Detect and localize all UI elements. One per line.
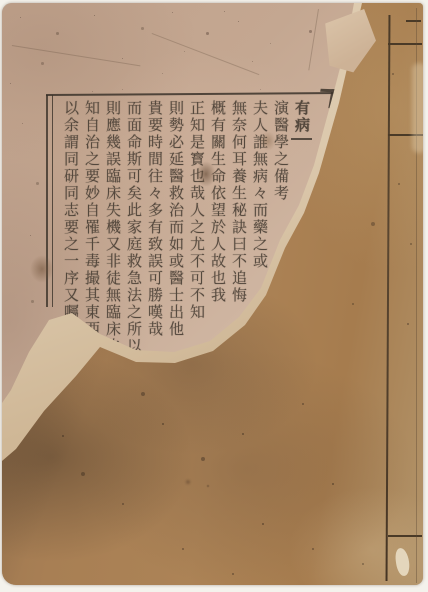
binding-stitch — [406, 20, 421, 22]
text-block-top-border — [46, 92, 340, 96]
text-column: 而面命斯可矣此家庭救急法之所以 — [123, 98, 144, 366]
ink-stain — [260, 131, 276, 151]
text-column: 則勢必延醫救治而如或醫士出他 — [165, 98, 186, 366]
text-column: 正知是寳也哉人之尤不可不知 — [186, 98, 207, 366]
paper-speckles — [2, 3, 3, 4]
text-column: 貴要時間往々多有致誤可勝嘆哉 — [144, 98, 165, 366]
paper-crease — [308, 9, 319, 70]
title-underline — [291, 138, 312, 140]
ink-stain — [30, 255, 54, 283]
text-column: 則應幾誤臨床失機又非徒無臨床失 — [102, 98, 123, 366]
scan-background: 有病演醫學之備考夫人誰無病々而藥之或無奈何耳養生秘訣曰不追悔概有關生命依望於人故… — [0, 0, 428, 592]
text-column: 概有關生命依望於人故也我 — [207, 98, 228, 366]
ink-stain — [196, 161, 216, 187]
spine-wear-patch — [412, 63, 423, 153]
book-photo: 有病演醫學之備考夫人誰無病々而藥之或無奈何耳養生秘訣曰不追悔概有關生命依望於人故… — [2, 3, 423, 585]
paper-crease — [12, 45, 141, 66]
paper-crease — [152, 33, 260, 75]
